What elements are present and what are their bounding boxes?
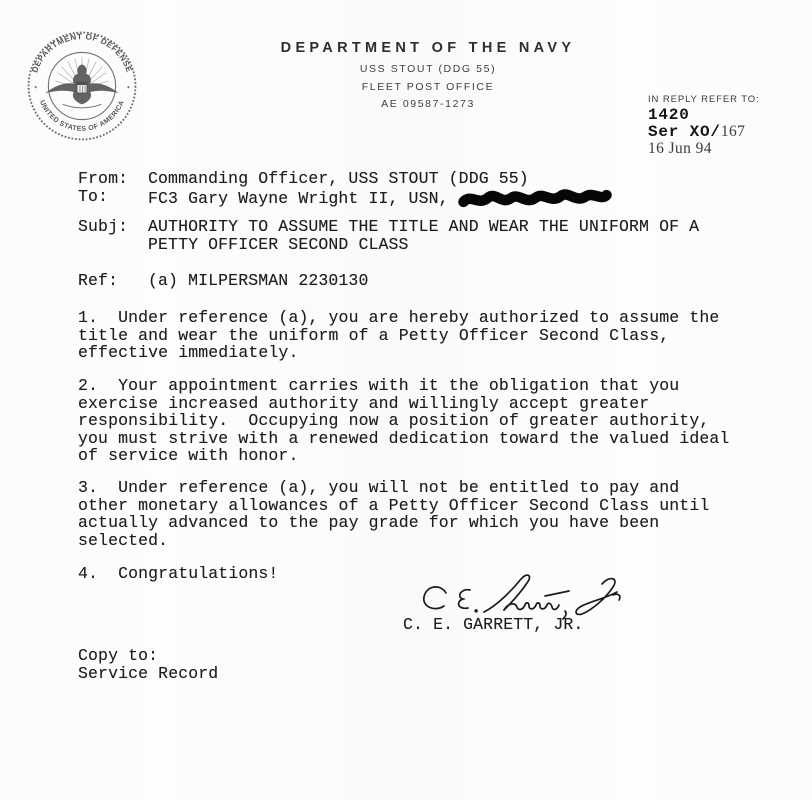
subject-line: Subj: AUTHORITY TO ASSUME THE TITLE AND … [78, 218, 773, 253]
from-line: From: Commanding Officer, USS STOUT (DDG… [78, 170, 773, 188]
subject-text: AUTHORITY TO ASSUME THE TITLE AND WEAR T… [148, 218, 773, 253]
paragraph-1: 1. Under reference (a), you are hereby a… [78, 309, 773, 362]
seal-right-star-icon: ★ [127, 84, 131, 91]
to-value: FC3 Gary Wayne Wright II, USN, [148, 189, 449, 208]
letterhead-zip-line: AE 09587-1273 [216, 98, 640, 110]
signer-typed-name: C. E. GARRETT, JR. [403, 616, 583, 634]
from-value: Commanding Officer, USS STOUT (DDG 55) [148, 170, 773, 188]
paragraph-2: 2. Your appointment carries with it the … [78, 377, 773, 465]
subject-label: Subj: [78, 218, 148, 253]
seal-left-star-icon: ★ [34, 84, 38, 91]
copy-to-block: Copy to: Service Record [78, 647, 773, 682]
letterhead-title: DEPARTMENT OF THE NAVY [216, 40, 640, 56]
letterhead: DEPARTMENT OF THE NAVY USS STOUT (DDG 55… [216, 40, 640, 116]
scanned-letter-page: DEPARTMENT OF DEFENSE UNITED STATES OF A… [0, 0, 812, 800]
reference-value: (a) MILPERSMAN 2230130 [148, 272, 773, 290]
to-value-wrap: FC3 Gary Wayne Wright II, USN, [148, 188, 773, 209]
reference-block: Ref: (a) MILPERSMAN 2230130 [78, 272, 773, 290]
to-label: To: [78, 188, 148, 209]
paragraph-3: 3. Under reference (a), you will not be … [78, 479, 773, 549]
subject-block: Subj: AUTHORITY TO ASSUME THE TITLE AND … [78, 218, 773, 253]
to-line: To: FC3 Gary Wayne Wright II, USN, [78, 188, 773, 209]
ssic-code: 1420 [648, 108, 812, 124]
letterhead-post-office-line: FLEET POST OFFICE [216, 81, 640, 93]
serial-number: 167 [721, 123, 745, 140]
redaction-mark [455, 186, 613, 210]
serial-prefix: Ser XO/ [648, 123, 721, 141]
serial-line: Ser XO/167 [648, 124, 812, 141]
reply-refer-label: IN REPLY REFER TO: [648, 94, 812, 105]
signature-image [416, 569, 632, 621]
reply-reference-block: IN REPLY REFER TO: 1420 Ser XO/167 16 Ju… [648, 94, 812, 157]
reference-line: Ref: (a) MILPERSMAN 2230130 [78, 272, 773, 290]
copy-to-value: Service Record [78, 665, 773, 683]
from-label: From: [78, 170, 148, 188]
reference-label: Ref: [78, 272, 148, 290]
letter-date: 16 Jun 94 [648, 141, 812, 157]
seal-bottom-text: UNITED STATES OF AMERICA [38, 99, 126, 132]
letterhead-ship-line: USS STOUT (DDG 55) [216, 63, 640, 75]
seal-banner [63, 104, 102, 108]
seal-shield-chief [77, 82, 87, 85]
dod-seal-icon: DEPARTMENT OF DEFENSE UNITED STATES OF A… [26, 30, 138, 142]
svg-text:UNITED STATES OF AMERICA: UNITED STATES OF AMERICA [38, 99, 126, 132]
copy-to-label: Copy to: [78, 647, 773, 665]
address-block: From: Commanding Officer, USS STOUT (DDG… [78, 170, 773, 209]
